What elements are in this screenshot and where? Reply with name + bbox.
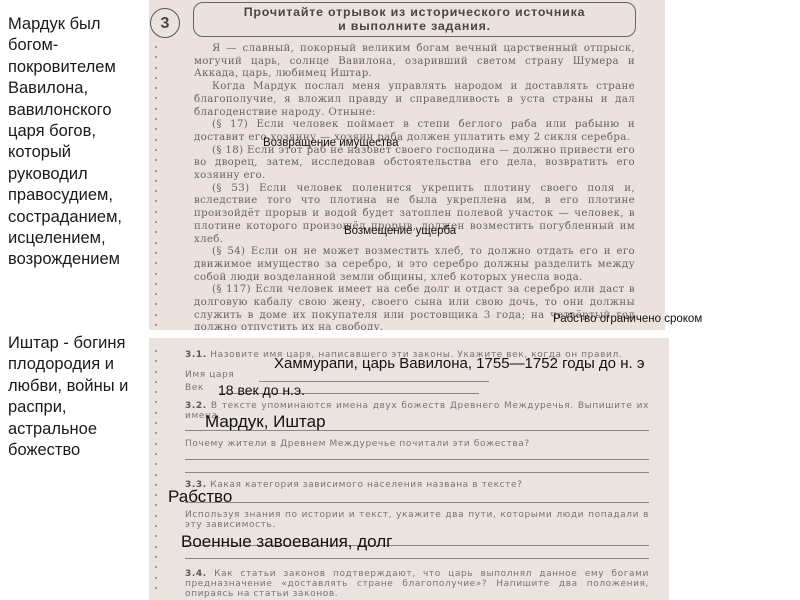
source-paragraph: Я — славный, покорный великим богам вечн…	[194, 43, 635, 81]
marduk-note: Мардук был богом-покровителем Вавилона, …	[8, 14, 150, 271]
question-text: Какая категория зависимого населения наз…	[210, 480, 522, 490]
source-page-scan: 3 Прочитайте отрывок из исторического ис…	[149, 0, 665, 330]
ishtar-note: Иштар - богиня плодородия и любви, войны…	[8, 333, 150, 461]
margin-dots	[155, 46, 159, 330]
question-number: 3.2.	[185, 401, 207, 411]
margin-dots	[155, 350, 159, 597]
answer-century: 18 век до н.э.	[218, 382, 305, 398]
category-answer-line[interactable]	[185, 502, 649, 503]
source-paragraph-par54: (§ 54) Если он не может возместить хлеб,…	[194, 246, 635, 284]
task-header: Прочитайте отрывок из исторического исто…	[193, 2, 636, 37]
why-answer-line-1[interactable]	[185, 459, 649, 460]
source-paragraph-par18: (§ 18) Если этот раб не назовёт своего г…	[194, 145, 635, 183]
question-3-3: 3.3. Какая категория зависимого населени…	[185, 480, 649, 490]
answer-king: Хаммурапи, царь Вавилона, 1755—1752 годы…	[274, 355, 644, 372]
answer-category: Рабство	[168, 487, 232, 507]
king-name-label: Имя царя	[185, 370, 234, 380]
century-label: Век	[185, 383, 204, 393]
question-number: 3.4.	[185, 569, 207, 579]
why-answer-line-2[interactable]	[185, 472, 649, 473]
annotation-damage-compensation: Возмещение ущерба	[344, 225, 456, 237]
deities-why-question: Почему жители в Древнем Междуречье почит…	[185, 439, 649, 449]
annotation-slavery-limited: Рабство ограничено сроком	[553, 313, 702, 325]
ways-question: Используя знания по истории и текст, ука…	[185, 510, 649, 530]
ways-answer-line-2[interactable]	[185, 558, 649, 559]
source-paragraph: Когда Мардук послал меня управлять народ…	[194, 81, 635, 119]
question-number: 3.1.	[185, 350, 207, 360]
answer-ways: Военные завоевания, долг	[181, 532, 392, 552]
question-3-4: 3.4. Как статьи законов подтверждают, чт…	[185, 569, 649, 599]
answer-deities: Мардук, Иштар	[205, 412, 326, 432]
task-header-line2: и выполните задания.	[194, 20, 635, 34]
annotation-property-return: Возвращение имущества	[263, 137, 399, 149]
question-text: Как статьи законов подтверждают, что цар…	[185, 569, 649, 599]
task-number-badge: 3	[150, 8, 180, 38]
source-text: Я — славный, покорный великим богам вечн…	[194, 43, 635, 330]
source-paragraph-par17: (§ 17) Если человек поймает в степи бегл…	[194, 119, 635, 144]
questions-page-scan: 3.1. Назовите имя царя, написавшего эти …	[149, 338, 669, 600]
task-header-line1: Прочитайте отрывок из исторического исто…	[194, 6, 635, 20]
